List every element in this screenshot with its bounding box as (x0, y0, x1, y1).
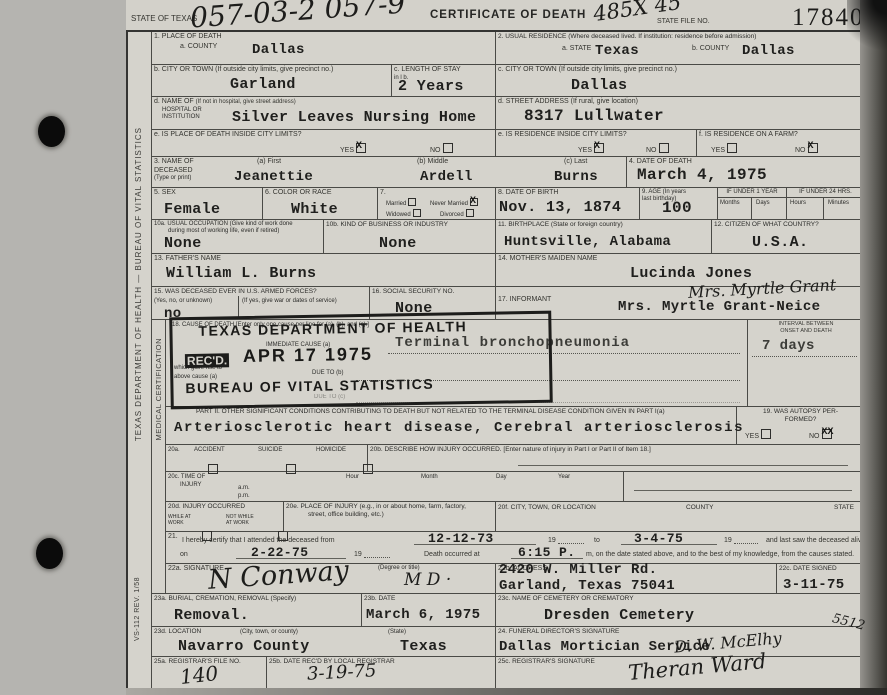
field-autopsy: 19. WAS AUTOPSY PER- FORMED? YES NOXX (737, 407, 864, 445)
field-residence-on-farm: f. IS RESIDENCE ON A FARM? YES NOX (697, 130, 864, 157)
age-value: 100 (662, 199, 692, 217)
deceased-label-line1: 3. NAME OF (154, 158, 624, 167)
burial-date-label: 23b. DATE (364, 595, 493, 603)
location-city-value: Navarro County (178, 638, 310, 655)
date-received-label: 25b. DATE REC'D BY LOCAL REGISTRAR (269, 658, 493, 666)
item-20c-label-line1: 20c. TIME OF (168, 474, 205, 481)
location-state-value: Texas (400, 638, 447, 655)
not-while-line2: AT WORK (226, 520, 249, 526)
department-vertical-label: TEXAS DEPARTMENT OF HEALTH — BUREAU OF V… (134, 127, 143, 441)
date-of-death-value: March 4, 1975 (637, 166, 767, 184)
hours-label: Hours (790, 200, 806, 207)
field-institution: d. NAME OF (If not in hospital, give str… (152, 97, 496, 130)
funeral-director-label: 24. FUNERAL DIRECTOR'S SIGNATURE (498, 628, 862, 636)
no-label: NO (809, 433, 820, 440)
months-label: Months (720, 200, 740, 207)
middle-name-value: Ardell (420, 169, 473, 185)
divorced-option: Divorced (440, 209, 474, 219)
certificate-form: TEXAS DEPARTMENT OF HEALTH — BUREAU OF V… (126, 30, 866, 694)
date-signed-label: 22c. DATE SIGNED (779, 565, 862, 573)
sex-value: Female (164, 201, 220, 218)
place-city-value: Garland (230, 76, 296, 93)
field-residence-inside-city-limits: e. IS RESIDENCE INSIDE CITY LIMITS? YESX… (496, 130, 697, 157)
field-cemetery: 23c. NAME OF CEMETERY OR CREMATORY Dresd… (496, 594, 864, 627)
checkbox-yes-checked: X (356, 143, 366, 153)
state-file-no-label: STATE FILE NO. (657, 18, 710, 27)
item-20b-label: 20b. DESCRIBE HOW INJURY OCCURRED. [Ente… (370, 446, 862, 454)
field-burial-date: 23b. DATE March 6, 1975 (362, 594, 496, 627)
occupation-label-line1: 10a. USUAL OCCUPATION (Give kind of work… (154, 221, 321, 228)
left-margin-strip: TEXAS DEPARTMENT OF HEALTH — BUREAU OF V… (128, 32, 152, 692)
informant-value: Mrs. Myrtle Grant-Neice (618, 299, 820, 315)
days-label: Days (756, 200, 770, 207)
pm-label: p.m. (238, 493, 250, 500)
residence-county-value: Dallas (742, 43, 795, 59)
never-married-label: Never Married (430, 201, 468, 207)
under-24-hrs-label: IF UNDER 24 HRS. (789, 189, 862, 196)
form-code-vertical-label: VS-112 REV. 1/58 (134, 577, 141, 641)
farm-yes: YES (711, 143, 737, 156)
length-of-stay-value: 2 Years (398, 78, 464, 95)
address-line2: Garland, Texas 75041 (499, 578, 675, 594)
no-label: NO (430, 147, 441, 154)
field-place-inside-city-limits: e. IS PLACE OF DEATH INSIDE CITY LIMITS?… (152, 130, 496, 157)
age-label-line1: 9. AGE (In years (642, 189, 715, 196)
field-date-of-death: 4. DATE OF DEATH March 4, 1975 (627, 157, 864, 188)
residence-limits-yes: YESX (578, 143, 604, 156)
field-time-of-injury: 20c. TIME OF INJURY a.m. p.m. Hour Month… (166, 472, 624, 502)
residence-state-value: Texas (595, 43, 639, 59)
institution-label-line1: d. NAME OF (If not in hospital, give str… (154, 98, 493, 107)
stamp-date: APR 17 1975 (243, 344, 373, 367)
field-if-under-24-hrs: IF UNDER 24 HRS. Hours Minutes (787, 188, 864, 220)
death-occurred-label: Death occurred at (424, 551, 480, 560)
to-word: to (594, 537, 600, 546)
farm-label: f. IS RESIDENCE ON A FARM? (699, 131, 862, 140)
accident-label: ACCIDENT (194, 447, 225, 454)
year-label: Year (558, 474, 570, 481)
suicide-label: SUICIDE (258, 447, 282, 454)
institution-value: Silver Leaves Nursing Home (232, 109, 476, 126)
certificate-title: CERTIFICATE OF DEATH (430, 9, 586, 21)
place-city-label: b. CITY OR TOWN (If outside city limits,… (154, 66, 389, 75)
place-limits-no: NO (430, 143, 453, 156)
item-20e-label-line2: street, office building, etc.) (308, 511, 493, 519)
field-color-or-race: 6. COLOR OR RACE White (263, 188, 378, 220)
middle-name-label: (b) Middle (417, 158, 448, 167)
residence-limits-no: NO (646, 143, 669, 156)
father-label: 13. FATHER'S NAME (154, 255, 493, 264)
minutes-label: Minutes (828, 200, 849, 207)
part-2-label: PART II. OTHER SIGNIFICANT CONDITIONS CO… (168, 408, 734, 416)
usual-residence-label: 2. USUAL RESIDENCE (Where deceased lived… (498, 33, 862, 41)
field-injury-city-county-state: 20f. CITY, TOWN, OR LOCATION COUNTY STAT… (496, 502, 864, 532)
medical-certification-strip: MEDICAL CERTIFICATION (152, 320, 166, 594)
citizen-label: 12. CITIZEN OF WHAT COUNTRY? (714, 221, 862, 229)
first-name-value: Jeanettie (234, 169, 313, 185)
homicide-label: HOMICIDE (316, 447, 346, 454)
date-signed-value: 3-11-75 (783, 577, 845, 593)
field-funeral-director: 24. FUNERAL DIRECTOR'S SIGNATURE Dallas … (496, 627, 864, 657)
cemetery-value: Dresden Cemetery (544, 607, 694, 624)
burial-value: Removal. (174, 607, 249, 624)
on-word: on (180, 551, 188, 560)
checkbox-no-empty (443, 143, 453, 153)
item-20f-label: 20f. CITY, TOWN, OR LOCATION (498, 504, 596, 512)
punch-hole-icon (38, 116, 65, 147)
field-usual-residence: 2. USUAL RESIDENCE (Where deceased lived… (496, 32, 864, 65)
last-name-value: Burns (554, 169, 598, 185)
checkbox-no-empty (659, 143, 669, 153)
dob-label: 8. DATE OF BIRTH (498, 189, 637, 198)
checkbox-married-empty (408, 198, 416, 206)
registrar-file-handwriting: 140 (179, 661, 219, 689)
place-limits-label: e. IS PLACE OF DEATH INSIDE CITY LIMITS? (154, 131, 493, 140)
occupation-label-line2: during most of working life, even if ret… (168, 228, 321, 235)
injury-state-label: STATE (834, 504, 854, 512)
yes-label: YES (745, 433, 759, 440)
checkbox-widowed-empty (413, 209, 421, 217)
armed-forces-label: 15. WAS DECEASED EVER IN U.S. ARMED FORC… (154, 288, 367, 296)
item-20d-label: 20d. INJURY OCCURRED (168, 503, 281, 511)
armed-sub2: (If yes, give war or dates of service) (242, 298, 362, 305)
certify-text-2: and last saw the deceased alive (766, 537, 865, 546)
residence-limits-label: e. IS RESIDENCE INSIDE CITY LIMITS? (498, 131, 694, 140)
field-place-city: b. CITY OR TOWN (If outside city limits,… (152, 65, 392, 97)
business-value: None (379, 235, 417, 252)
residence-state-label: a. STATE (562, 45, 591, 54)
no-label: NO (646, 147, 657, 154)
item-20e-label-line1: 20e. PLACE OF INJURY (e.g., in or about … (286, 503, 493, 511)
yes-label: YES (711, 147, 725, 154)
under-1-year-label: IF UNDER 1 YEAR (720, 189, 784, 196)
received-stamp: TEXAS DEPARTMENT OF HEALTH REC'D. APR 17… (169, 311, 553, 410)
field-place-of-injury: 20e. PLACE OF INJURY (e.g., in or about … (284, 502, 496, 532)
checkbox-never-married-checked: X (470, 198, 478, 206)
field-accident-suicide-homicide: 20a. ACCIDENT SUICIDE HOMICIDE (166, 445, 368, 472)
residence-county-label: b. COUNTY (692, 45, 729, 54)
autopsy-yes: YES (745, 429, 771, 442)
item-20c-label-line2: INJURY (180, 482, 202, 489)
checkbox-yes-checked: X (594, 143, 604, 153)
year-19-b: 19 (724, 537, 732, 546)
divorced-label: Divorced (440, 212, 464, 218)
father-value: William L. Burns (166, 265, 316, 282)
race-value: White (291, 201, 338, 218)
never-married-option: Never MarriedX (430, 198, 478, 208)
field-residence-city: c. CITY OR TOWN (If outside city limits,… (496, 65, 864, 97)
field-burial-removal: 23a. BURIAL, CREMATION, REMOVAL (Specify… (152, 594, 362, 627)
interval-label-line2: ONSET AND DEATH (750, 328, 862, 335)
scan-corner-shadow (847, 0, 887, 55)
burial-date-value: March 6, 1975 (366, 607, 480, 623)
mother-label: 14. MOTHER'S MAIDEN NAME (498, 255, 862, 264)
street-address-value: 8317 Lullwater (524, 107, 664, 125)
autopsy-label-line2: FORMED? (739, 416, 862, 424)
item-20a-label: 20a. (168, 447, 180, 454)
injury-county-label: COUNTY (686, 504, 713, 512)
yes-label: YES (340, 147, 354, 154)
cemetery-label: 23c. NAME OF CEMETERY OR CREMATORY (498, 595, 862, 603)
location-sub2: (State) (388, 629, 406, 636)
institution-label: d. NAME OF (154, 98, 194, 105)
informant-label: 17. INFORMANT (498, 296, 551, 305)
field-place-of-death: 1. PLACE OF DEATH a. COUNTY Dallas (152, 32, 496, 65)
autopsy-label-line1: 19. WAS AUTOPSY PER- (739, 408, 862, 416)
checkbox-yes-empty (761, 429, 771, 439)
checkbox-yes-empty (727, 143, 737, 153)
field-if-under-1-year: IF UNDER 1 YEAR Months Days (718, 188, 787, 220)
widowed-label: Widowed (386, 212, 411, 218)
married-label: Married (386, 201, 406, 207)
stamp-department-line: TEXAS DEPARTMENT OF HEALTH (198, 318, 467, 339)
while-at-work-label: WHILE ATWORK (168, 515, 191, 526)
death-certificate-scan: STATE OF TEXAS 057-03-2 057-9 CERTIFICAT… (0, 0, 887, 695)
residence-city-label: c. CITY OR TOWN (If outside city limits,… (498, 66, 862, 75)
stamp-received-label: REC'D. (185, 353, 229, 368)
certify-text-3: m, on the date stated above, and to the … (586, 551, 854, 560)
place-of-death-label: 1. PLACE OF DEATH (154, 33, 493, 42)
place-limits-yes: YESX (340, 143, 366, 156)
field-injury-occurred: 20d. INJURY OCCURRED WHILE ATWORK NOT WH… (166, 502, 284, 532)
scan-right-shadow (860, 0, 887, 695)
address-line1: 2420 W. Miller Rd. (499, 562, 657, 578)
street-address-label: d. STREET ADDRESS (If rural, give locati… (498, 98, 862, 107)
location-label: 23d. LOCATION (154, 628, 201, 636)
field-describe-injury: 20b. DESCRIBE HOW INJURY OCCURRED. [Ente… (368, 445, 864, 472)
month-label: Month (421, 474, 438, 481)
checkbox-no-checked: X (808, 143, 818, 153)
birthplace-value: Huntsville, Alabama (504, 234, 671, 250)
not-while-at-work-label: NOT WHILEAT WORK (226, 515, 254, 526)
while-at-work-line2: WORK (168, 520, 184, 526)
interval-value: 7 days (762, 338, 815, 354)
field-age: 9. AGE (In years last birthday) 100 (640, 188, 718, 220)
field-registrar-signature: 25c. REGISTRAR'S SIGNATURE Theran Ward (496, 657, 864, 692)
item-21-number: 21. (168, 533, 178, 542)
part-2-value: Arteriosclerotic heart disease, Cerebral… (174, 420, 744, 436)
armed-sub1: (Yes, no, or unknown) (154, 298, 212, 305)
field-father-name: 13. FATHER'S NAME William L. Burns (152, 254, 496, 287)
length-of-stay-label: c. LENGTH OF STAY (394, 66, 493, 75)
field-physician-address: 22b. ADDRESS 2420 W. Miller Rd. Garland,… (496, 564, 777, 594)
field-sex: 5. SEX Female (152, 188, 263, 220)
field-name-of-deceased: 3. NAME OF DECEASED (Type or print) (a) … (152, 157, 627, 188)
birthplace-label: 11. BIRTHPLACE (State or foreign country… (498, 221, 709, 229)
state-of-texas-label: STATE OF TEXAS (131, 15, 197, 24)
marital-label: 7. (380, 189, 493, 198)
hour-label: Hour (346, 474, 359, 481)
last-name-label: (c) Last (564, 158, 587, 167)
field-physician-signature: 22a. SIGNATURE N Conway (Degree or title… (166, 564, 496, 594)
institution-note: (If not in hospital, give street address… (196, 99, 296, 105)
field-citizen: 12. CITIZEN OF WHAT COUNTRY? U.S.A. (712, 220, 864, 254)
location-sub1: (City, town, or county) (240, 629, 298, 636)
married-option: Married (386, 198, 416, 208)
place-county-label: a. COUNTY (180, 43, 217, 52)
punch-hole-icon (36, 538, 63, 569)
degree-handwriting: M D · (404, 570, 451, 590)
ssn-label: 16. SOCIAL SECURITY NO. (372, 288, 493, 296)
field-birthplace: 11. BIRTHPLACE (State or foreign country… (496, 220, 712, 254)
first-name-label: (a) First (257, 158, 281, 167)
year-19-c: 19 (354, 551, 362, 560)
scan-bottom-shadow (126, 688, 887, 695)
checkbox-divorced-empty (466, 209, 474, 217)
field-injury-blank (624, 472, 864, 502)
business-label: 10b. KIND OF BUSINESS OR INDUSTRY (326, 221, 493, 229)
field-date-signed: 22c. DATE SIGNED 3-11-75 (777, 564, 864, 594)
race-label: 6. COLOR OR RACE (265, 189, 375, 198)
dob-value: Nov. 13, 1874 (499, 199, 621, 216)
occupation-value: None (164, 235, 202, 252)
citizen-value: U.S.A. (752, 234, 808, 251)
field-burial-location: 23d. LOCATION (City, town, or county) (S… (152, 627, 496, 657)
field-date-of-birth: 8. DATE OF BIRTH Nov. 13, 1874 (496, 188, 640, 220)
field-kind-of-business: 10b. KIND OF BUSINESS OR INDUSTRY None (324, 220, 496, 254)
farm-no: NOX (795, 143, 818, 156)
field-usual-occupation: 10a. USUAL OCCUPATION (Give kind of work… (152, 220, 324, 254)
autopsy-no: NOXX (809, 429, 832, 442)
medical-certification-vertical-label: MEDICAL CERTIFICATION (154, 338, 163, 440)
day-label: Day (496, 474, 507, 481)
field-part-2-conditions: PART II. OTHER SIGNIFICANT CONDITIONS CO… (166, 407, 737, 445)
field-date-received: 25b. DATE REC'D BY LOCAL REGISTRAR 3-19-… (267, 657, 496, 692)
date-received-handwriting: 3-19-75 (306, 660, 376, 685)
field-length-of-stay: c. LENGTH OF STAY in l b. 2 Years (392, 65, 496, 97)
burial-label: 23a. BURIAL, CREMATION, REMOVAL (Specify… (154, 595, 359, 603)
field-interval: INTERVAL BETWEEN ONSET AND DEATH 7 days (748, 320, 864, 407)
field-certification-statement: 21. I hereby certify that I attended the… (166, 532, 864, 564)
field-registrar-file-no: 25a. REGISTRAR'S FILE NO. 140 (152, 657, 267, 692)
am-label: a.m. (238, 485, 250, 492)
no-label: NO (795, 147, 806, 154)
checkbox-no-checked: XX (822, 429, 832, 439)
place-county-value: Dallas (252, 42, 305, 58)
field-street-address: d. STREET ADDRESS (If rural, give locati… (496, 97, 864, 130)
yes-label: YES (578, 147, 592, 154)
residence-city-value: Dallas (571, 77, 627, 94)
stamp-bureau-line: BUREAU OF VITAL STATISTICS (185, 376, 434, 396)
sex-label: 5. SEX (154, 189, 260, 198)
widowed-option: Widowed (386, 209, 421, 219)
field-marital-status: 7. Married Never MarriedX Widowed Divorc… (378, 188, 496, 220)
